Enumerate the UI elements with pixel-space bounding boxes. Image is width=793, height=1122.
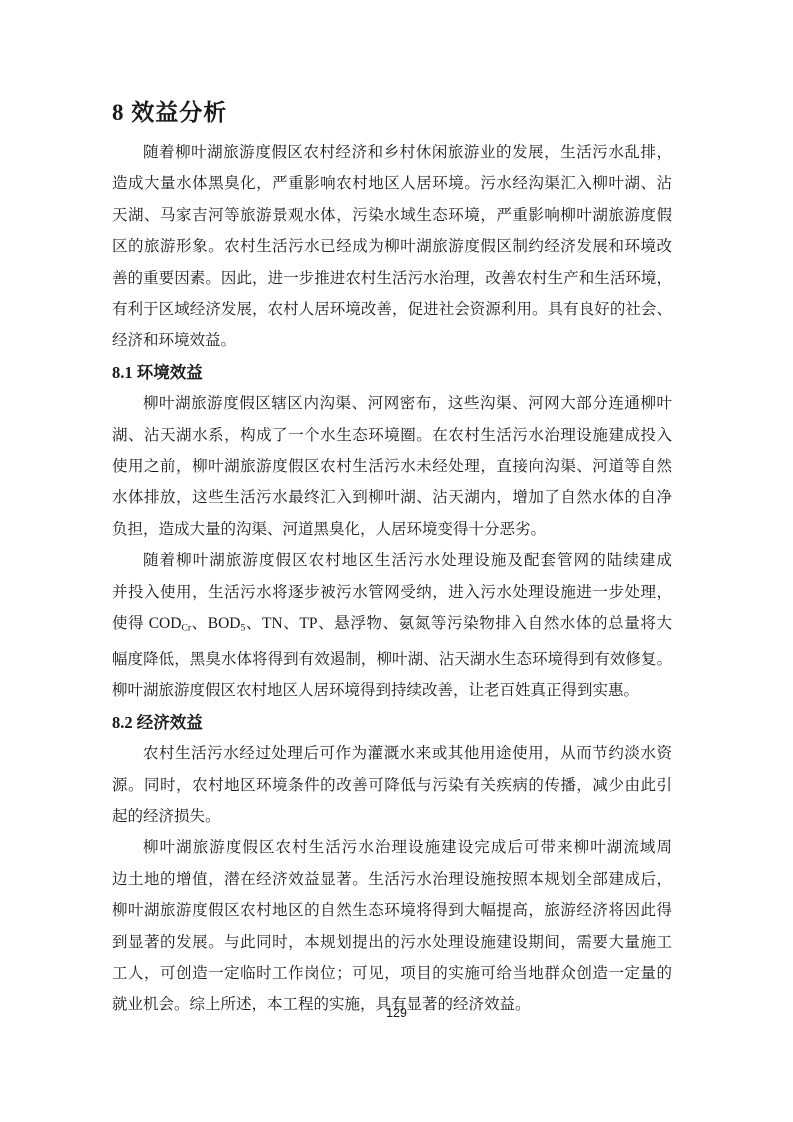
text-segment: 并投入使用，生活污水将逐步被污水管网受纳，进入污水处理设施进一步处理， xyxy=(112,584,672,601)
text-line: 柳叶湖旅游度假区农村地区的自然生态环境将得到大幅提高，旅游经济将因此得 xyxy=(112,895,672,926)
chapter-title: 8 效益分析 xyxy=(112,0,672,126)
text-segment: 使得 COD xyxy=(112,615,181,632)
text-segment: 源。同时，农村地区环境条件的改善可降低与污染有关疾病的传播，减少由此引 xyxy=(112,777,672,794)
page-number: 129 xyxy=(386,1006,407,1020)
text-line: 并投入使用，生活污水将逐步被污水管网受纳，进入污水处理设施进一步处理， xyxy=(112,577,672,608)
text-segment: 农村生活污水经过处理后可作为灌溉水来或其他用途使用，从而节约淡水资 xyxy=(143,745,672,762)
text-segment: 使用之前，柳叶湖旅游度假区农村生活污水未经处理，直接向沟渠、河道等自然 xyxy=(112,458,672,475)
page-footer: 129 xyxy=(0,1003,793,1023)
text-segment: 天湖、马家吉河等旅游景观水体，污染水域生态环境，严重影响柳叶湖旅游度假 xyxy=(112,207,672,224)
text-segment: 随着柳叶湖旅游度假区农村地区生活污水处理设施及配套管网的陆续建成 xyxy=(143,552,672,569)
text-line: 幅度降低，黑臭水体将得到有效遏制，柳叶湖、沾天湖水生态环境得到有效修复。 xyxy=(112,644,672,675)
text-line: 天湖、马家吉河等旅游景观水体，污染水域生态环境，严重影响柳叶湖旅游度假 xyxy=(112,200,672,231)
text-line: 区的旅游形象。农村生活污水已经成为柳叶湖旅游度假区制约经济发展和环境改 xyxy=(112,231,672,262)
text-segment: 造成大量水体黑臭化，严重影响农村地区人居环境。污水经沟渠汇入柳叶湖、沾 xyxy=(112,175,672,192)
section-heading: 8.1 环境效益 xyxy=(112,357,672,388)
text-line: 柳叶湖旅游度假区农村生活污水治理设施建设完成后可带来柳叶湖流域周 xyxy=(112,832,672,863)
text-segment: 、TN、TP、悬浮物、氨氮等污染物排入自然水体的总量将大 xyxy=(245,615,672,632)
text-segment: 柳叶湖旅游度假区农村地区的自然生态环境将得到大幅提高，旅游经济将因此得 xyxy=(112,902,672,919)
text-segment: 到显著的发展。与此同时，本规划提出的污水处理设施建设期间，需要大量施工 xyxy=(112,934,672,951)
text-segment: 、BOD xyxy=(191,615,240,632)
text-segment: 边土地的增值，潜在经济效益显著。生活污水治理设施按照本规划全部建成后， xyxy=(112,871,672,888)
paragraph: 柳叶湖旅游度假区辖区内沟渠、河网密布，这些沟渠、河网大部分连通柳叶湖、沾天湖水系… xyxy=(112,388,672,545)
text-line: 起的经济损失。 xyxy=(112,801,672,832)
text-line: 工人，可创造一定临时工作岗位；可见，项目的实施可给当地群众创造一定量的 xyxy=(112,958,672,989)
text-segment: 随着柳叶湖旅游度假区农村经济和乡村休闲旅游业的发展，生活污水乱排， xyxy=(143,144,672,161)
text-line: 到显著的发展。与此同时，本规划提出的污水处理设施建设期间，需要大量施工 xyxy=(112,927,672,958)
text-line: 源。同时，农村地区环境条件的改善可降低与污染有关疾病的传播，减少由此引 xyxy=(112,770,672,801)
text-line: 使得 CODCr、BOD5、TN、TP、悬浮物、氨氮等污染物排入自然水体的总量将… xyxy=(112,608,672,644)
text-segment: 负担，造成大量的沟渠、河道黑臭化，人居环境变得十分恶劣。 xyxy=(112,521,546,538)
text-segment: 柳叶湖旅游度假区农村生活污水治理设施建设完成后可带来柳叶湖流域周 xyxy=(143,839,672,856)
text-line: 善的重要因素。因此，进一步推进农村生活污水治理，改善农村生产和生活环境， xyxy=(112,263,672,294)
paragraph: 农村生活污水经过处理后可作为灌溉水来或其他用途使用，从而节约淡水资源。同时，农村… xyxy=(112,738,672,832)
text-segment: 经济和环境效益。 xyxy=(112,332,236,349)
text-segment: 善的重要因素。因此，进一步推进农村生活污水治理，改善农村生产和生活环境， xyxy=(112,270,672,287)
text-line: 柳叶湖旅游度假区农村地区人居环境得到持续改善，让老百姓真正得到实惠。 xyxy=(112,675,672,706)
text-line: 湖、沾天湖水系，构成了一个水生态环境圈。在农村生活污水治理设施建成投入 xyxy=(112,420,672,451)
text-line: 柳叶湖旅游度假区辖区内沟渠、河网密布，这些沟渠、河网大部分连通柳叶 xyxy=(112,388,672,419)
document-page: 8 效益分析 随着柳叶湖旅游度假区农村经济和乡村休闲旅游业的发展，生活污水乱排，… xyxy=(0,0,793,1122)
text-segment: 起的经济损失。 xyxy=(112,808,221,825)
text-line: 有利于区域经济发展，农村人居环境改善，促进社会资源利用。具有良好的社会、 xyxy=(112,294,672,325)
text-line: 随着柳叶湖旅游度假区农村地区生活污水处理设施及配套管网的陆续建成 xyxy=(112,545,672,576)
text-line: 水体排放，这些生活污水最终汇入到柳叶湖、沾天湖内，增加了自然水体的自净 xyxy=(112,482,672,513)
text-line: 随着柳叶湖旅游度假区农村经济和乡村休闲旅游业的发展，生活污水乱排， xyxy=(112,137,672,168)
text-segment: 柳叶湖旅游度假区农村地区人居环境得到持续改善，让老百姓真正得到实惠。 xyxy=(112,682,639,699)
text-segment: 柳叶湖旅游度假区辖区内沟渠、河网密布，这些沟渠、河网大部分连通柳叶 xyxy=(143,395,672,412)
paragraph: 随着柳叶湖旅游度假区农村地区生活污水处理设施及配套管网的陆续建成并投入使用，生活… xyxy=(112,545,672,706)
text-segment: 湖、沾天湖水系，构成了一个水生态环境圈。在农村生活污水治理设施建成投入 xyxy=(112,427,672,444)
text-segment: 幅度降低，黑臭水体将得到有效遏制，柳叶湖、沾天湖水生态环境得到有效修复。 xyxy=(112,651,672,668)
text-line: 使用之前，柳叶湖旅游度假区农村生活污水未经处理，直接向沟渠、河道等自然 xyxy=(112,451,672,482)
paragraph: 柳叶湖旅游度假区农村生活污水治理设施建设完成后可带来柳叶湖流域周边土地的增值，潜… xyxy=(112,832,672,1020)
section-heading: 8.2 经济效益 xyxy=(112,707,672,738)
text-segment: 区的旅游形象。农村生活污水已经成为柳叶湖旅游度假区制约经济发展和环境改 xyxy=(112,238,672,255)
text-segment: 水体排放，这些生活污水最终汇入到柳叶湖、沾天湖内，增加了自然水体的自净 xyxy=(112,489,672,506)
text-segment: 有利于区域经济发展，农村人居环境改善，促进社会资源利用。具有良好的社会、 xyxy=(112,301,672,318)
text-line: 造成大量水体黑臭化，严重影响农村地区人居环境。污水经沟渠汇入柳叶湖、沾 xyxy=(112,168,672,199)
subscript-text: Cr xyxy=(181,622,191,633)
paragraph: 随着柳叶湖旅游度假区农村经济和乡村休闲旅游业的发展，生活污水乱排，造成大量水体黑… xyxy=(112,137,672,357)
text-line: 负担，造成大量的沟渠、河道黑臭化，人居环境变得十分恶劣。 xyxy=(112,514,672,545)
text-line: 边土地的增值，潜在经济效益显著。生活污水治理设施按照本规划全部建成后， xyxy=(112,864,672,895)
document-content: 8 效益分析 随着柳叶湖旅游度假区农村经济和乡村休闲旅游业的发展，生活污水乱排，… xyxy=(112,0,672,1021)
text-segment: 工人，可创造一定临时工作岗位；可见，项目的实施可给当地群众创造一定量的 xyxy=(112,965,672,982)
document-body: 随着柳叶湖旅游度假区农村经济和乡村休闲旅游业的发展，生活污水乱排，造成大量水体黑… xyxy=(112,137,672,1021)
text-line: 农村生活污水经过处理后可作为灌溉水来或其他用途使用，从而节约淡水资 xyxy=(112,738,672,769)
text-line: 经济和环境效益。 xyxy=(112,325,672,356)
